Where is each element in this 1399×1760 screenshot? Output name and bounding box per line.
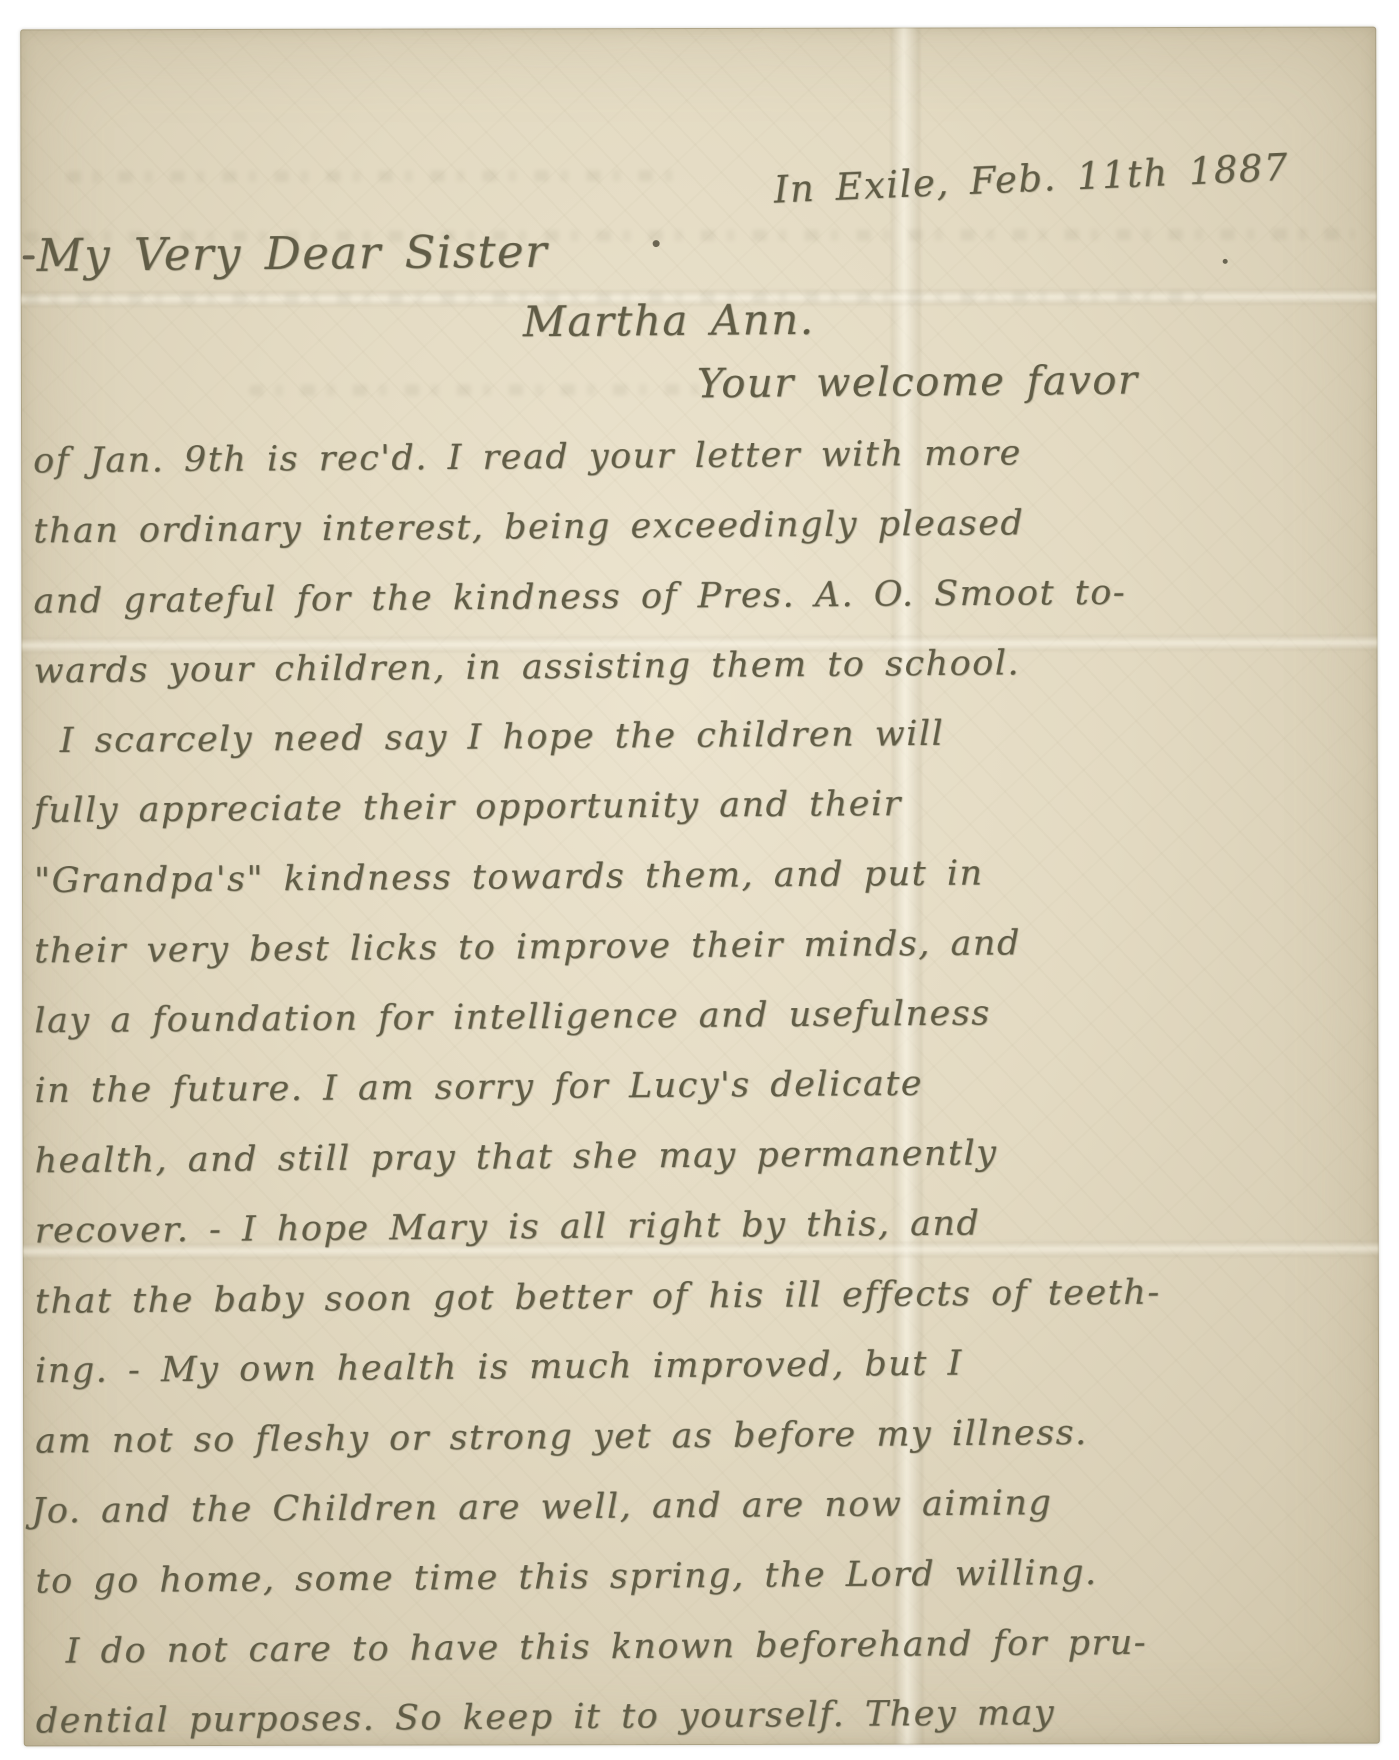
letter-body-line: "Grandpa's" kindness towards them, and p… [34,854,984,902]
ink-speck-1 [653,240,660,247]
letter-body-line: am not so fleshy or strong yet as before… [35,1413,1088,1462]
letter-salutation: My Very Dear Sister [36,225,548,282]
letter-body-line: to go home, some time this spring, the L… [35,1553,1097,1602]
letter-body-line: dential purposes. So keep it to yourself… [36,1693,1056,1741]
scan-background: In Exile, Feb. 11th 1887 My Very Dear Si… [0,0,1399,1760]
letter-body-line: in the future. I am sorry for Lucy's del… [34,1064,923,1111]
letter-body-line: that the baby soon got better of his ill… [35,1273,1161,1322]
letter-body-line: I scarcely need say I hope the children … [60,714,945,761]
ink-bleedthrough-4 [249,384,719,396]
letter-dateline: In Exile, Feb. 11th 1887 [773,146,1290,212]
letter-body-line: and grateful for the kindness of Pres. A… [33,573,1126,622]
letter-addressee: Martha Ann. [523,295,815,346]
letter-opening: Your welcome favor [697,358,1139,408]
letter-body-line: I do not care to have this known beforeh… [65,1623,1147,1672]
letter-body-line: health, and still pray that she may perm… [34,1133,997,1181]
ink-speck-2 [1223,259,1228,264]
letter-body-line: ing. - My own health is much improved, b… [35,1344,963,1392]
letter-body-line: of Jan. 9th is rec'd. I read your letter… [33,433,1022,481]
letter-body-line: their very best licks to improve their m… [34,923,1021,971]
ink-bleedthrough-1 [67,170,687,182]
letter-page: In Exile, Feb. 11th 1887 My Very Dear Si… [20,27,1380,1747]
letter-body-line: fully appreciate their opportunity and t… [34,784,902,831]
letter-body-line: recover. - I hope Mary is all right by t… [35,1204,981,1252]
letter-body-line: than ordinary interest, being exceedingl… [33,503,1024,551]
ink-speck-3 [23,255,35,259]
letter-body-line: Jo. and the Children are well, and are n… [31,1483,1052,1531]
letter-body-line: wards your children, in assisting them t… [33,643,1020,691]
letter-body-line: lay a foundation for intelligence and us… [34,993,991,1041]
